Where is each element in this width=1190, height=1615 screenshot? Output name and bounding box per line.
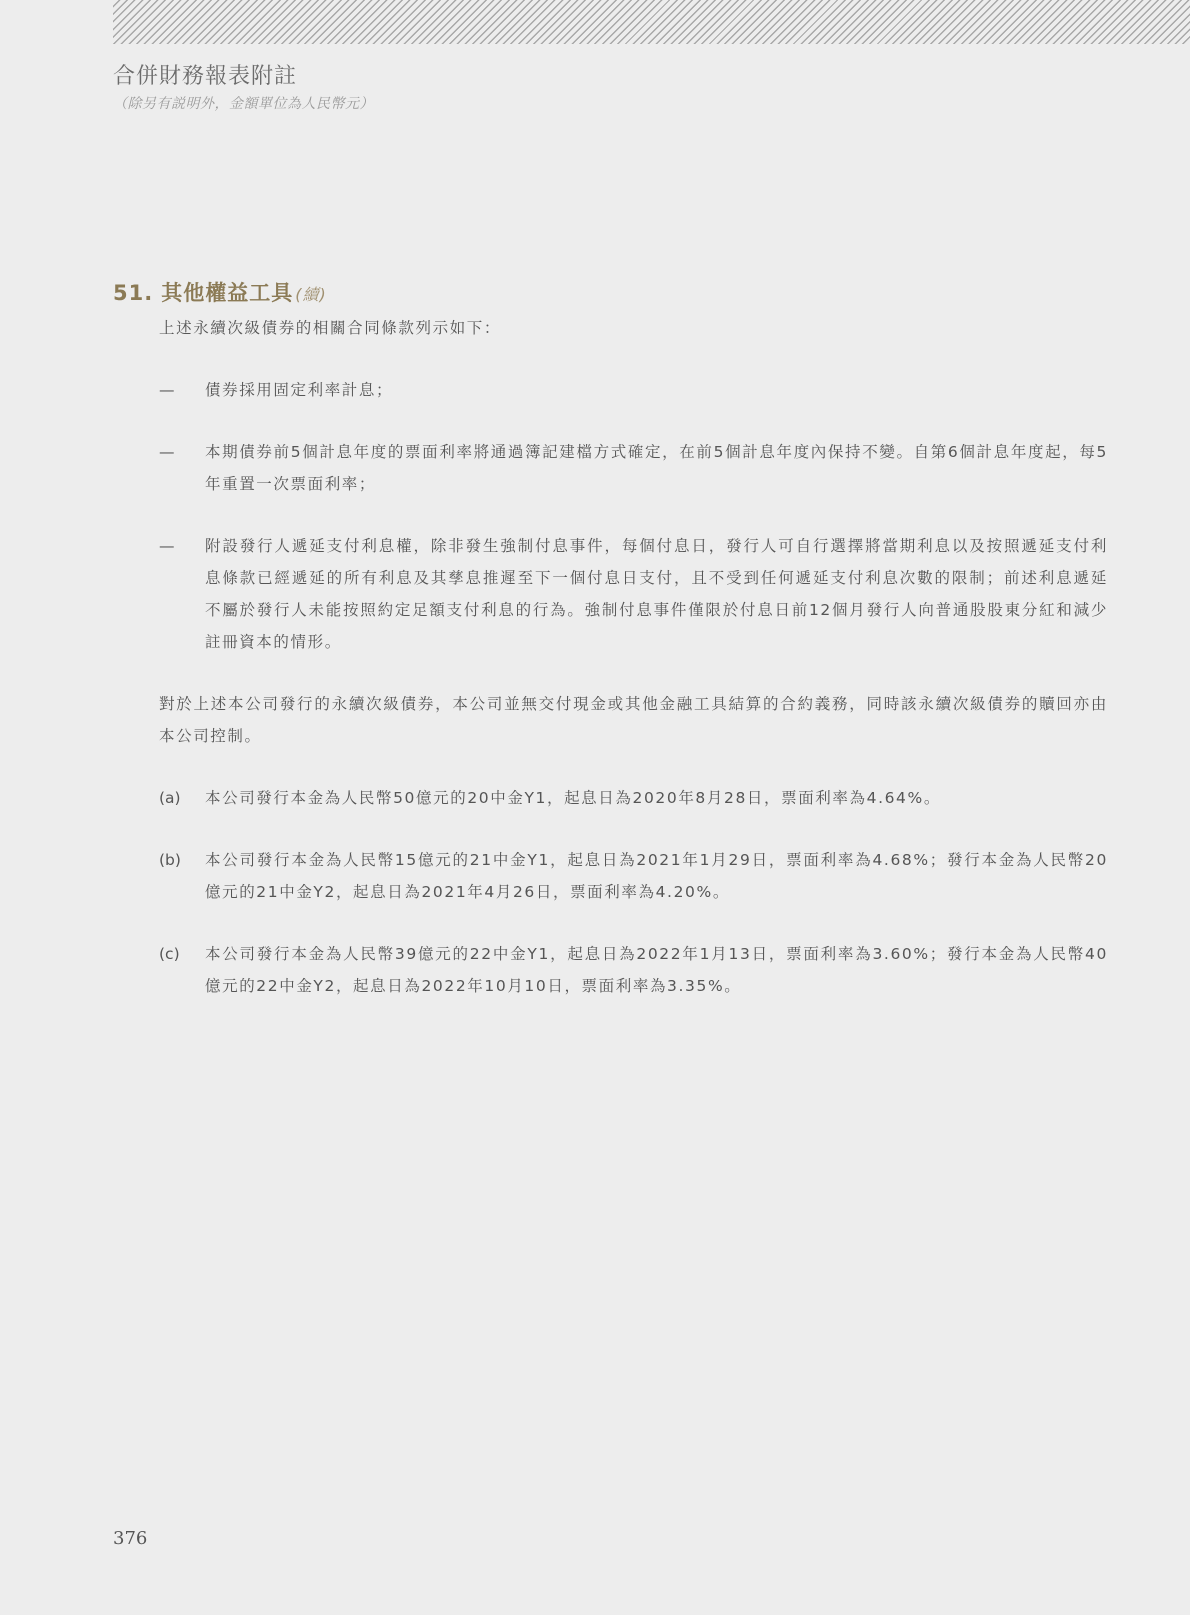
term-item: — 本期債券前5個計息年度的票面利率將通過簿記建檔方式確定，在前5個計息年度內保… — [159, 436, 1108, 500]
issuance-item: (c) 本公司發行本金為人民幣39億元的22中金Y1，起息日為2022年1月13… — [159, 938, 1108, 1002]
term-text: 附設發行人遞延支付利息權，除非發生強制付息事件，每個付息日，發行人可自行選擇將當… — [205, 530, 1108, 658]
term-text: 債券採用固定利率計息； — [205, 374, 1108, 406]
issuance-marker: (a) — [159, 782, 205, 814]
dash-bullet-icon: — — [159, 530, 205, 658]
note-section: 51. 其他權益工具 (續) 上述永續次級債券的相關合同條款列示如下： — 債券… — [113, 276, 1108, 1032]
running-header: 合併財務報表附註 （除另有説明外，金額單位為人民幣元） — [113, 62, 374, 114]
section-intro: 上述永續次級債券的相關合同條款列示如下： — [159, 312, 1108, 344]
settlement-paragraph: 對於上述本公司發行的永續次級債券，本公司並無交付現金或其他金融工具結算的合約義務… — [159, 688, 1108, 752]
dash-bullet-icon: — — [159, 374, 205, 406]
issuance-item: (a) 本公司發行本金為人民幣50億元的20中金Y1，起息日為2020年8月28… — [159, 782, 1108, 814]
term-text: 本期債券前5個計息年度的票面利率將通過簿記建檔方式確定，在前5個計息年度內保持不… — [205, 436, 1108, 500]
running-header-title: 合併財務報表附註 — [113, 62, 374, 92]
issuance-item: (b) 本公司發行本金為人民幣15億元的21中金Y1，起息日為2021年1月29… — [159, 844, 1108, 908]
issuance-text: 本公司發行本金為人民幣39億元的22中金Y1，起息日為2022年1月13日，票面… — [205, 938, 1108, 1002]
issuances-list: (a) 本公司發行本金為人民幣50億元的20中金Y1，起息日為2020年8月28… — [159, 782, 1108, 1002]
section-title: 其他權益工具 — [161, 276, 293, 310]
issuance-text: 本公司發行本金為人民幣50億元的20中金Y1，起息日為2020年8月28日，票面… — [205, 782, 1108, 814]
decorative-hatch-band — [113, 0, 1190, 44]
section-continued-label: (續) — [295, 278, 327, 312]
terms-list: — 債券採用固定利率計息； — 本期債券前5個計息年度的票面利率將通過簿記建檔方… — [159, 374, 1108, 658]
page-number: 376 — [113, 1528, 147, 1549]
running-header-subtitle: （除另有説明外，金額單位為人民幣元） — [113, 94, 374, 114]
issuance-marker: (b) — [159, 844, 205, 908]
issuance-marker: (c) — [159, 938, 205, 1002]
dash-bullet-icon: — — [159, 436, 205, 500]
section-number: 51. — [113, 276, 153, 310]
section-heading: 51. 其他權益工具 (續) — [113, 276, 1108, 312]
term-item: — 附設發行人遞延支付利息權，除非發生強制付息事件，每個付息日，發行人可自行選擇… — [159, 530, 1108, 658]
term-item: — 債券採用固定利率計息； — [159, 374, 1108, 406]
issuance-text: 本公司發行本金為人民幣15億元的21中金Y1，起息日為2021年1月29日，票面… — [205, 844, 1108, 908]
